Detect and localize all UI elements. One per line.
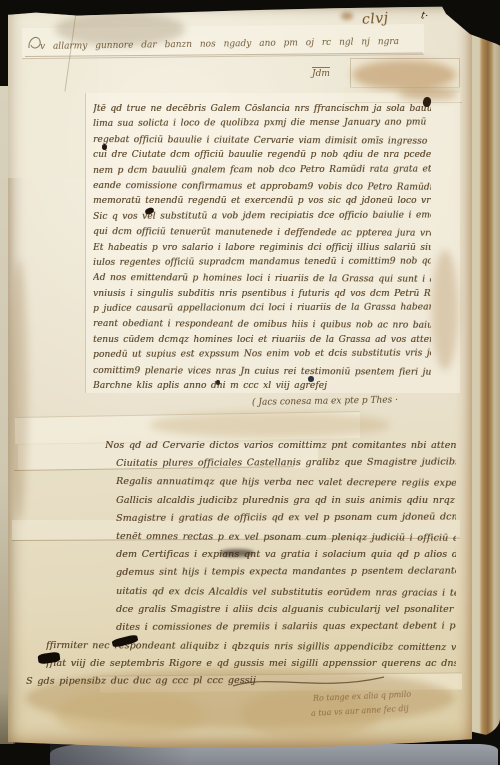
text-line: Et habeatis p vro salario i labore regim… [93, 241, 431, 256]
text-line: Nos qd ad Cervarie dictos varios comitti… [105, 437, 456, 455]
end-flourish [230, 670, 390, 694]
text-line: Regalis annuatimqz que hijs verba nec va… [116, 473, 456, 493]
document-1-text-block: Jtē qd true ne decēbris Galem Cōslancia … [93, 102, 431, 394]
ink-blot [308, 376, 314, 382]
text-line: dce gralis Smagistre i aliis dcis alguan… [116, 601, 456, 619]
text-line: dites i comissiones de premiis i salarii… [116, 617, 456, 637]
ink-blot [102, 144, 107, 150]
text-line: Sic q vos vel substitutū a vob jdem reci… [93, 208, 431, 225]
stain [55, 690, 205, 738]
stain [352, 60, 456, 90]
photo-of-manuscript: v allarmy gunnore dar banzn nos ngady an… [0, 0, 500, 765]
text-line: Smagistre i gratias de officiis qd ex ve… [116, 508, 456, 528]
text-line: nem p dcm bauuliū gnalem fcam nob dco Pe… [93, 162, 431, 179]
manuscript-page: v allarmy gunnore dar banzn nos ngady an… [8, 6, 472, 748]
text-line: Gallicis alcaldis judicibz plurednis gra… [116, 492, 456, 510]
stain [432, 250, 458, 370]
text-line: dem Certificas i expians qnt va gratia i… [116, 546, 456, 564]
text-line: cui dre Ciutate dcm officiū bauulie rege… [93, 148, 431, 163]
paraph-flourish [26, 32, 52, 54]
document-2-text-block: Nos qd ad Cervarie dictos varios comitti… [116, 437, 456, 692]
text-line: uitatis qd ex dcis Alcaldis vel substitu… [116, 583, 456, 603]
text-line: lima sua solicta i loco de quolibza pxmj… [93, 116, 431, 133]
text-line: p judice causarū appellacionum dci loci … [93, 301, 431, 318]
notarial-subscription: ( Jacs conesa ma ex pte p Thes · [252, 395, 398, 408]
text-line: gdemus sint hijs i tempis expecta mandan… [116, 563, 456, 583]
margin-mark-text: Jdm [312, 67, 330, 79]
text-line: Ciuitatis plures officiales Castellanis … [116, 454, 456, 474]
stain [341, 12, 353, 20]
folio-number: clvj [361, 10, 389, 28]
stain [10, 260, 28, 520]
text-line: iulos regentes officiū supradcm mandamus… [93, 254, 431, 271]
ink-blot [216, 380, 220, 385]
pen-flourish: t· [420, 10, 429, 22]
stain [150, 412, 390, 438]
text-line: tenēt omnes rectas p ex vel psonam cum p… [116, 528, 456, 548]
ink-smudge [220, 549, 254, 557]
margin-mark: Jdm [312, 69, 330, 79]
text-line: memoratū tenendū regendū et exercendū p … [93, 194, 431, 209]
leaf-stack-fore-edge [468, 28, 500, 738]
text-line: ponedū ut supius est expssum Nos enim vo… [93, 347, 431, 364]
text-line: Barchne klis aplis anno dni m ccc xl vii… [93, 379, 431, 394]
